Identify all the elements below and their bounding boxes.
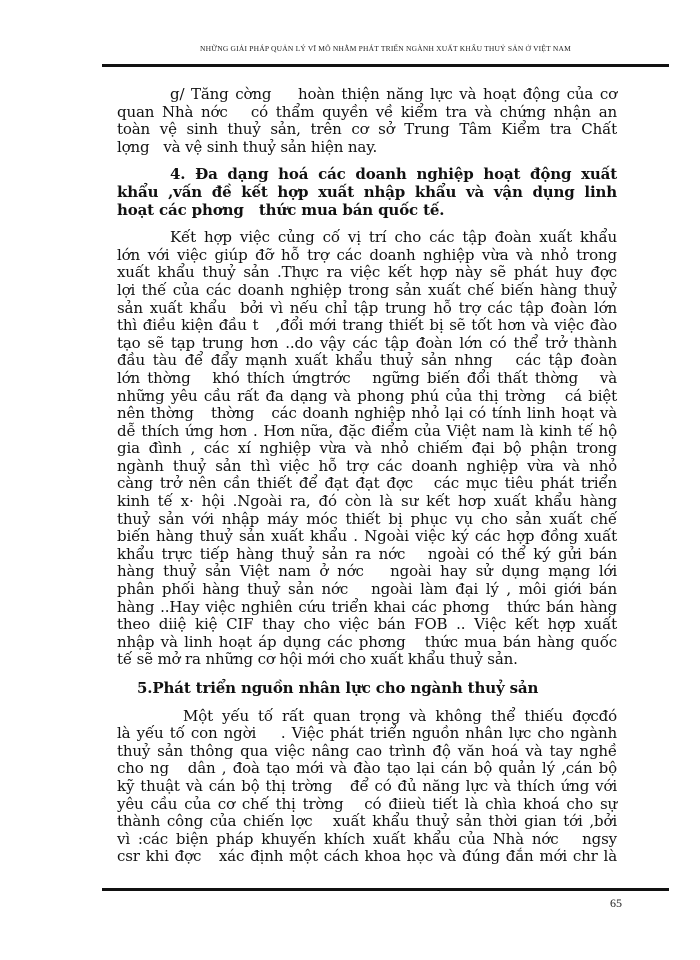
text-line: hàng ..Hay việc nghiên cứu triển khai cá… bbox=[117, 599, 617, 617]
text-line: quan Nhà nớc có thẩm quyền về kiểm tra v… bbox=[117, 104, 617, 122]
text-line: Một yếu tố rất quan trọng và không thể t… bbox=[117, 708, 617, 726]
text-line: lớn với việc giúp đỡ hỗ trợ các doanh ng… bbox=[117, 247, 617, 265]
section-heading-5: 5.Phát triển nguồn nhân lực cho ngành th… bbox=[117, 680, 617, 698]
page-content: g/ Tăng cờng hoàn thiện năng lực và hoạt… bbox=[117, 86, 617, 866]
text-line: biến hàng thuỷ sản xuất khẩu . Ngoài việ… bbox=[117, 528, 617, 546]
text-line: những yêu cầu rất đa dạng và phong phú c… bbox=[117, 388, 617, 406]
text-line: theo diiệ kiệ CIF thay cho việc bán FOB … bbox=[117, 616, 617, 634]
page-number: 65 bbox=[610, 896, 622, 911]
text-line: lớn thờng khó thích ứngtrớc ngững biến đ… bbox=[117, 370, 617, 388]
text-line: lợng và vệ sinh thuỷ sản hiện nay. bbox=[117, 139, 617, 157]
footer-rule bbox=[102, 888, 669, 891]
text-line: ngành thuỷ sản thì việc hỗ trợ các doanh… bbox=[117, 458, 617, 476]
text-line: g/ Tăng cờng hoàn thiện năng lực và hoạt… bbox=[117, 86, 617, 104]
text-line: xuất khẩu thuỷ sản .Thực ra việc kết hợp… bbox=[117, 264, 617, 282]
heading-line: 4. Đa dạng hoá các doanh nghiệp hoạt độn… bbox=[117, 166, 617, 184]
paragraph-5: Một yếu tố rất quan trọng và không thể t… bbox=[117, 708, 617, 866]
heading-line: hoạt các phơng thức mua bán quốc tế. bbox=[117, 202, 617, 220]
text-line: là yếu tố con ngời . Việc phát triển ngu… bbox=[117, 725, 617, 743]
text-line: nên thờng thờng các doanh nghiệp nhỏ lại… bbox=[117, 405, 617, 423]
section-heading-4: 4. Đa dạng hoá các doanh nghiệp hoạt độn… bbox=[117, 166, 617, 219]
text-line: kinh tế x· hội .Ngoài ra, đó còn là sư k… bbox=[117, 493, 617, 511]
text-line: thành công của chiến lợc xuất khẩu thuỷ … bbox=[117, 813, 617, 831]
text-line: thuỷ sản với nhập máy móc thiết bị phục … bbox=[117, 511, 617, 529]
paragraph-4: Kết hợp việc củng cố vị trí cho các tập … bbox=[117, 229, 617, 669]
text-line: thì điều kiện đầu t ,đổi mới trang thiết… bbox=[117, 317, 617, 335]
text-line: lợi thế của các doanh nghiệp trong sản x… bbox=[117, 282, 617, 300]
text-line: vì :các biện pháp khuyến khích xuất khẩu… bbox=[117, 831, 617, 849]
text-line: thuỷ sản thông qua việc nâng cao trình đ… bbox=[117, 743, 617, 761]
heading-line: 5.Phát triển nguồn nhân lực cho ngành th… bbox=[117, 680, 617, 698]
text-line: cho ng dân , đoà tạo mới và đào tạo lại … bbox=[117, 760, 617, 778]
text-line: nhập và linh hoạt áp dụng các phơng thức… bbox=[117, 634, 617, 652]
text-line: gia đình , các xí nghiệp vừa và nhỏ chiế… bbox=[117, 440, 617, 458]
text-line: toàn vệ sinh thuỷ sản, trên cơ sở Trung … bbox=[117, 121, 617, 139]
text-line: Kết hợp việc củng cố vị trí cho các tập … bbox=[117, 229, 617, 247]
text-line: tạo sẽ tạp trung hơn ..do vậy các tập đo… bbox=[117, 335, 617, 353]
text-line: đầu tàu để đẩy mạnh xuất khẩu thuỷ sản n… bbox=[117, 352, 617, 370]
header-rule bbox=[102, 64, 669, 67]
text-line: sản xuất khẩu bởi vì nếu chỉ tập trung h… bbox=[117, 300, 617, 318]
text-line: hàng thuỷ sản Việt nam ở nớc ngoài hay s… bbox=[117, 563, 617, 581]
text-line: tế sẽ mở ra những cơ hội mới cho xuất kh… bbox=[117, 651, 617, 669]
text-line: kỹ thuật và cán bộ thị trờng để có đủ nă… bbox=[117, 778, 617, 796]
heading-line: khẩu ,vấn đề kết hợp xuất nhập khẩu và v… bbox=[117, 184, 617, 202]
text-line: csr khi đợc xác định một cách khoa học v… bbox=[117, 848, 617, 866]
text-line: phân phối hàng thuỷ sản nớc ngoài làm đạ… bbox=[117, 581, 617, 599]
text-line: khẩu trực tiếp hàng thuỷ sản ra nớc ngoà… bbox=[117, 546, 617, 564]
running-header: NHỮNG GIẢI PHÁP QUẢN LÝ VĨ MÔ NHẰM PHÁT … bbox=[102, 44, 669, 56]
text-line: dễ thích ứng hơn . Hơn nữa, đặc điểm của… bbox=[117, 423, 617, 441]
text-line: yêu cầu của cơ chế thị trờng có điieù ti… bbox=[117, 796, 617, 814]
text-line: càng trở nên cần thiết để đạt đạt đợc cá… bbox=[117, 475, 617, 493]
paragraph-g: g/ Tăng cờng hoàn thiện năng lực và hoạt… bbox=[117, 86, 617, 156]
